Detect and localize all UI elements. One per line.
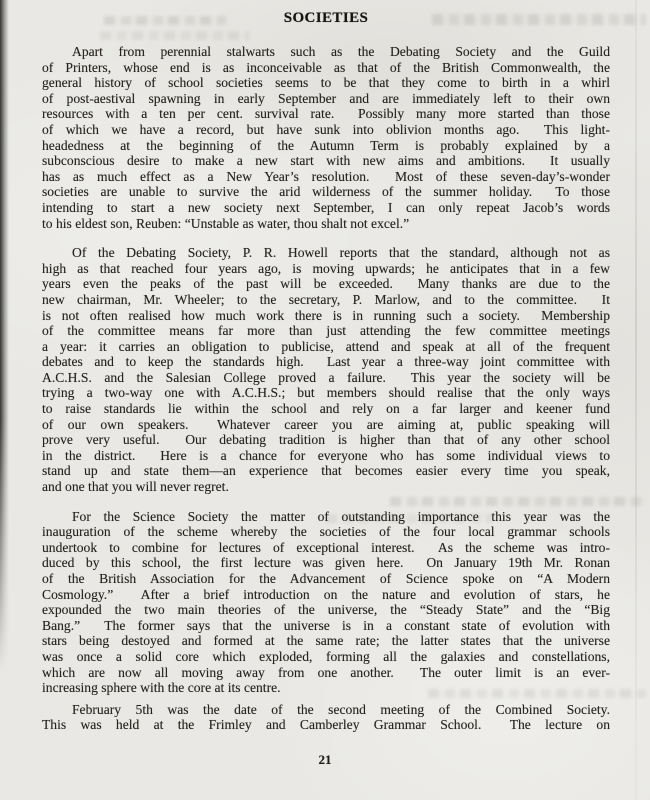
text-line: subconscious desire to make a new start … [42, 153, 610, 169]
text-line: expounded the two main theories of the u… [42, 602, 610, 618]
text-line: undertook to combine for lectures of exc… [42, 540, 610, 556]
text-line: of the committee means far more than jus… [42, 323, 610, 339]
body-text: Apart from perennial stalwarts such as t… [42, 44, 610, 733]
text-line: prove very useful. Our debating traditio… [42, 432, 610, 448]
text-line: stand up and state them—an experience th… [42, 463, 610, 479]
text-line: a year: it carries an obligation to publ… [42, 339, 610, 355]
text-line: of Printers, whose end is as inconceivab… [42, 60, 610, 76]
text-line: duced by this school, the first lecture … [42, 555, 610, 571]
text-line: of the British Association for the Advan… [42, 571, 610, 587]
text-line: trying a two-way one with A.C.H.S.; but … [42, 385, 610, 401]
text-line: high as that reached four years ago, is … [42, 261, 610, 277]
paragraph: For the Science Society the matter of ou… [42, 509, 610, 696]
text-line: to his eldest son, Reuben: “Unstable as … [42, 216, 610, 232]
text-line: was once a solid core which exploded, fo… [42, 649, 610, 665]
text-line: is not often realised how much work ther… [42, 308, 610, 324]
text-line: resources with a ten per cent. survival … [42, 106, 610, 122]
text-line: Apart from perennial stalwarts such as t… [42, 44, 610, 60]
text-line: general history of school societies seem… [42, 75, 610, 91]
text-line: new chairman, Mr. Wheeler; to the secret… [42, 292, 610, 308]
text-line: to raise standards lie within the school… [42, 401, 610, 417]
paragraph: Apart from perennial stalwarts such as t… [42, 44, 610, 231]
paragraph: Of the Debating Society, P. R. Howell re… [42, 245, 610, 495]
text-line: which are now all moving away from one a… [42, 665, 610, 681]
text-line: debates and to keep the standards high. … [42, 354, 610, 370]
text-line: years even the peaks of the past will be… [42, 276, 610, 292]
text-line: This was held at the Frimley and Camberl… [42, 717, 610, 733]
text-line: For the Science Society the matter of ou… [42, 509, 610, 525]
text-line: increasing sphere with the core at its c… [42, 680, 610, 696]
text-line: A.C.H.S. and the Salesian College proved… [42, 370, 610, 386]
page-title: SOCIETIES [42, 10, 610, 26]
text-line: inauguration of the scheme whereby the s… [42, 524, 610, 540]
scan-edge-shadow-fade [0, 420, 14, 700]
text-line: February 5th was the date of the second … [42, 702, 610, 718]
text-line: in the district. Here is a chance for ev… [42, 448, 610, 464]
text-line: Of the Debating Society, P. R. Howell re… [42, 245, 610, 261]
text-line: of our own speakers. Whatever career you… [42, 417, 610, 433]
text-line: has as much effect as a New Year’s resol… [42, 169, 610, 185]
text-line: Bang.” The former says that the universe… [42, 618, 610, 634]
magazine-page: SOCIETIES Apart from perennial stalwarts… [0, 0, 650, 800]
paper-crease [635, 0, 637, 800]
text-line: headedness at the beginning of the Autum… [42, 138, 610, 154]
text-line: stars being destoyed and formed at the s… [42, 633, 610, 649]
page-number: 21 [0, 752, 650, 767]
text-line: of post-aestival spawning in early Septe… [42, 91, 610, 107]
text-line: Cosmology.” After a brief introduction o… [42, 587, 610, 603]
text-line: and one that you will never regret. [42, 479, 610, 495]
text-line: societies are unable to survive the arid… [42, 184, 610, 200]
text-line: intending to start a new society next Se… [42, 200, 610, 216]
text-line: of which we have a record, but have sunk… [42, 122, 610, 138]
paragraph: February 5th was the date of the second … [42, 702, 610, 733]
text-column: SOCIETIES Apart from perennial stalwarts… [42, 10, 610, 733]
